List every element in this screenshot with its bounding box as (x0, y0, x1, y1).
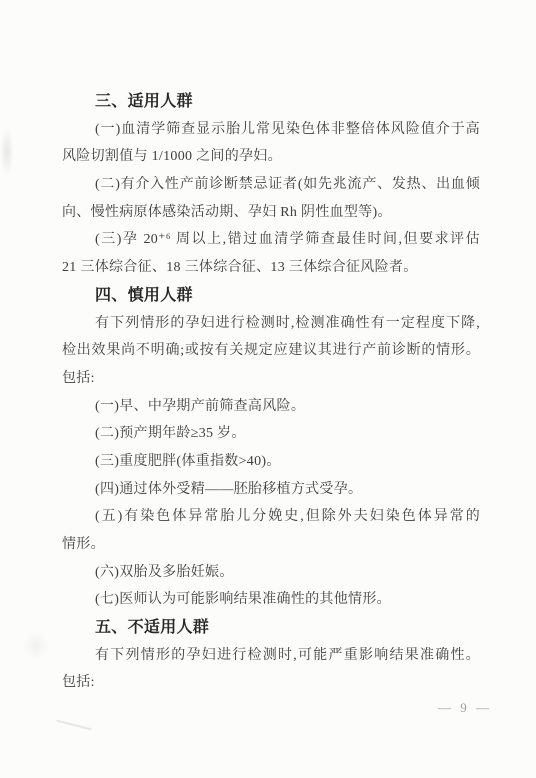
section-heading-applicable-population: 三、适用人群 (62, 88, 480, 116)
scan-smudge (0, 128, 14, 176)
text-line: (六)双胎及多胎妊娠。 (62, 559, 480, 587)
text-line: (三)孕 20⁺⁶ 周以上,错过血清学筛查最佳时间,但要求评估 (62, 226, 480, 254)
text-line: (一)早、中孕期产前筛查高风险。 (62, 393, 480, 421)
text-line: (七)医师认为可能影响结果准确性的其他情形。 (62, 586, 480, 614)
text-line: 有下列情形的孕妇进行检测时,可能严重影响结果准确性。 (62, 642, 480, 670)
text-line: 21 三体综合征、18 三体综合征、13 三体综合征风险者。 (62, 254, 480, 282)
page-number: — 9 — (438, 700, 492, 716)
section-heading-not-applicable-population: 五、不适用人群 (62, 614, 480, 642)
text-line: 包括: (62, 365, 480, 393)
document-text-block: 三、适用人群 (一)血清学筛查显示胎儿常见染色体非整倍体风险值介于高 风险切割值… (62, 88, 480, 697)
text-line: 检出效果尚不明确;或按有关规定应建议其进行产前诊断的情形。 (62, 337, 480, 365)
scanned-document-page: 三、适用人群 (一)血清学筛查显示胎儿常见染色体非整倍体风险值介于高 风险切割值… (0, 0, 536, 778)
scan-smudge (22, 632, 50, 660)
text-line: (四)通过体外受精——胚胎移植方式受孕。 (62, 476, 480, 504)
text-line: (一)血清学筛查显示胎儿常见染色体非整倍体风险值介于高 (62, 116, 480, 144)
text-line: (二)有介入性产前诊断禁忌证者(如先兆流产、发热、出血倾 (62, 171, 480, 199)
text-line: (二)预产期年龄≥35 岁。 (62, 420, 480, 448)
text-line: 风险切割值与 1/1000 之间的孕妇。 (62, 143, 480, 171)
text-line: (三)重度肥胖(体重指数>40)。 (62, 448, 480, 476)
section-heading-caution-population: 四、慎用人群 (62, 282, 480, 310)
text-line: 向、慢性病原体感染活动期、孕妇 Rh 阴性血型等)。 (62, 199, 480, 227)
text-line: 包括: (62, 669, 480, 697)
scan-smudge (56, 720, 91, 731)
text-line: 有下列情形的孕妇进行检测时,检测准确性有一定程度下降, (62, 310, 480, 338)
text-line: (五)有染色体异常胎儿分娩史,但除外夫妇染色体异常的 (62, 503, 480, 531)
text-line: 情形。 (62, 531, 480, 559)
